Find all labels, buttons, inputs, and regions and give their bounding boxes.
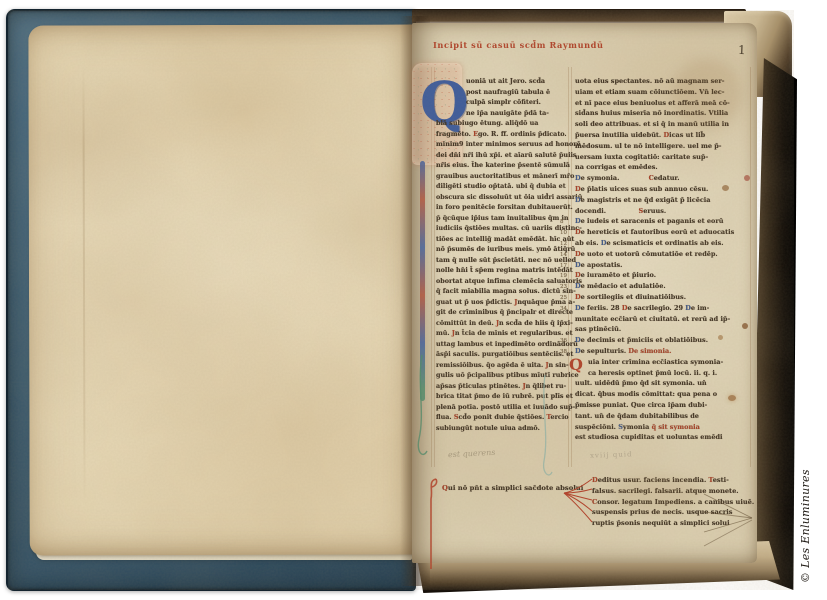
text-line: 12ab eis. De scismaticis et ordinatis ab… xyxy=(575,238,755,249)
secondary-initial-Q: Q xyxy=(569,355,583,374)
margin-number: 25 xyxy=(560,293,567,304)
text-line: 36De decimis et p̄miciis et oblatiōibus. xyxy=(575,335,755,346)
text-line: nr̄is eius. t̄he katerine p̄sentē sūmulā xyxy=(436,160,568,171)
text-line: na corrigas et emēdes. xyxy=(575,162,755,173)
text-line: culpā simplr cōfiteri. xyxy=(436,97,568,108)
blank-vellum-page xyxy=(28,24,417,555)
text-line: suspēciōni. Symonia q̄ sit symonia xyxy=(575,422,755,433)
margin-number: 19 xyxy=(560,271,567,282)
text-line: De symonia. Cedatur. xyxy=(575,173,755,184)
text-line: in foro penitēcie forsitan dubitauerūt. xyxy=(436,202,568,213)
text-line: cōmittūt in deū. Jn scd̄a de hiis q̄ ip̄… xyxy=(436,318,568,329)
text-line: āsp̄i saculis. purgatiōibus sentēciis. e… xyxy=(436,349,568,360)
text-line: 19De iuramēto et p̄iurio. xyxy=(575,270,755,281)
margin-number: 12 xyxy=(560,239,567,250)
folio-number: 1 xyxy=(738,43,746,57)
text-line: blā subiugo ētung. aliq̄dō ua xyxy=(436,118,568,129)
text-line: 10De hereticis et fautoribus eorū et adu… xyxy=(575,227,755,238)
stain-spot xyxy=(718,335,723,340)
text-line: 23De mēdacio et adulatiōe. xyxy=(575,281,755,292)
text-line: munitate ecc̄iarū et ciuitatū. et rerū a… xyxy=(575,314,755,325)
text-line: mū. Jn t̄cia de mīnis et regularibus. et xyxy=(436,328,568,339)
text-line: remissiōibus. q̄o agēda ē uita. Jn sin- xyxy=(436,360,568,371)
text-line: dei dn̄i nr̄i ihū xp̄i. et aīarū salutē … xyxy=(436,150,568,161)
text-line: diligēti studio op̄tatā. ubi q̄ dubia et xyxy=(436,181,568,192)
margin-number: 36 xyxy=(560,336,567,347)
text-line: guat ut p̄ uos p̄dictis. Jnquāque p̄ma a… xyxy=(436,297,568,308)
vellum-crease xyxy=(82,65,85,505)
text-line: 25De sortilegiis et diuinatiōibus. xyxy=(575,292,755,303)
red-manicule-bracket xyxy=(424,475,440,579)
text-line: p̄misse puniat. Que circa ip̄am dubi- xyxy=(575,400,755,411)
text-line: grauibus auctoritatibus et mānerī mr̄o xyxy=(436,171,568,182)
text-line: ne ip̄a nauigāte p̄dā ta- xyxy=(436,108,568,119)
text-line: iudiciis q̄stiōes multas. cū uariis dist… xyxy=(436,223,568,234)
text-line: est studiosa cupiditas et uoluntas emēdi xyxy=(575,432,755,443)
text-line: nolle hn̄i t̄ sp̄em regina matris intēdā… xyxy=(436,265,568,276)
text-line: post naufragiū tabula ē xyxy=(436,87,568,98)
margin-number: 14 xyxy=(560,250,567,261)
branch-connector-lines xyxy=(554,469,596,531)
manuscript-photo: Incipit sū casuū scd̄m Raymundū 1 Q uoni… xyxy=(0,0,827,600)
text-line: 34De feriis. 28 De sacrilegio. 29 De im- xyxy=(575,303,755,314)
margin-number: 17 xyxy=(560,261,567,272)
text-line: q̄ facit mīabilia magna solus. dictū sin… xyxy=(436,286,568,297)
intercolumn-flourish xyxy=(539,373,555,485)
copyright-credit: © Les Enluminures xyxy=(799,463,815,583)
text-line: fragmēto. Ego. R. ff. ordinis p̄dicato. xyxy=(436,129,568,140)
incipit-rubric: Incipit sū casuū scd̄m Raymundū xyxy=(433,40,604,50)
margin-number: 23 xyxy=(560,282,567,293)
stain-blotch xyxy=(612,475,702,513)
faint-pencil-note: xviij quid xyxy=(590,450,633,459)
text-line: sas ptinēciū. xyxy=(575,324,755,335)
text-column-right: uota eius spectantes. nō aū magnam ser-u… xyxy=(575,76,755,443)
text-line: git de crīminibus q̄ p̄ncipalr et direct… xyxy=(436,307,568,318)
text-line: uersam iuxta cogitatiō: caritate sup̄- xyxy=(575,152,755,163)
text-line: obortat atque infīma clemēcia saluatoris xyxy=(436,276,568,287)
text-line: mēdosum. ul te nō intelligere. uel me p̄… xyxy=(575,141,755,152)
text-line: minim9 inter minimos seruus ad honorē xyxy=(436,139,568,150)
flourish-tail-curl xyxy=(412,353,434,465)
text-line: De magistris et ne q̄d exigāt p̄ licēcia xyxy=(575,195,755,206)
stain-spot xyxy=(722,185,729,191)
text-line: tiōes ac intelliḡ madāt emēdāt. hīc aūt xyxy=(436,234,568,245)
text-line: uoniā ut ait Jero. scd̄a xyxy=(436,76,568,87)
text-line: nō p̄sumēs de iuribus meis. ymō ātiq̄rū xyxy=(436,244,568,255)
text-line: uttag lambus et inpedimēto ordinādorū xyxy=(436,339,568,350)
text-line: p̄uersa inutilia uidebūt. Dicas ut lib̄ xyxy=(575,130,755,141)
text-line: 38De sepulturis. De simonia. xyxy=(575,346,755,357)
text-line: 14De uoto et uotorū cōmutatiōe et redēp. xyxy=(575,249,755,260)
stain-blotch xyxy=(672,59,742,129)
margin-number: 8 xyxy=(560,217,564,228)
stain-spot xyxy=(744,175,750,181)
text-line: tam q̄ nulle sūt p̄scietāti. nec nō uell… xyxy=(436,255,568,266)
text-line: docendi. Seruus. xyxy=(575,206,755,217)
margin-number: 38 xyxy=(560,347,567,358)
ink-fan-arrow xyxy=(702,488,758,552)
stain-spot xyxy=(742,323,748,329)
margin-number: 34 xyxy=(560,304,567,315)
stain-spot xyxy=(728,395,736,401)
faint-ink-inscription: est querens xyxy=(448,448,496,459)
text-line: ca heresis optinet p̄mū locū. ii. q. i. xyxy=(575,368,755,379)
text-line: p̄ q̄cūque ip̄ius tam inuitalibus q̄m in xyxy=(436,213,568,224)
text-line: tant. un̄ de q̄dam dubitabilibus de xyxy=(575,411,755,422)
margin-number: 10 xyxy=(560,228,567,239)
text-line: uia inter crīmina ecc̄iastica symonia- xyxy=(575,357,755,368)
text-line: 8De iudeis et saracenis et paganis et eo… xyxy=(575,216,755,227)
manuscript-text-page: Incipit sū casuū scd̄m Raymundū 1 Q uoni… xyxy=(412,23,757,563)
text-line: 17De apostatis. xyxy=(575,260,755,271)
text-line: uult. uidēdū p̄mo q̄d sit symonia. un̄ xyxy=(575,378,755,389)
text-line: obscura sic dissoluūt ut ōia uid̄ri assa… xyxy=(436,192,568,203)
